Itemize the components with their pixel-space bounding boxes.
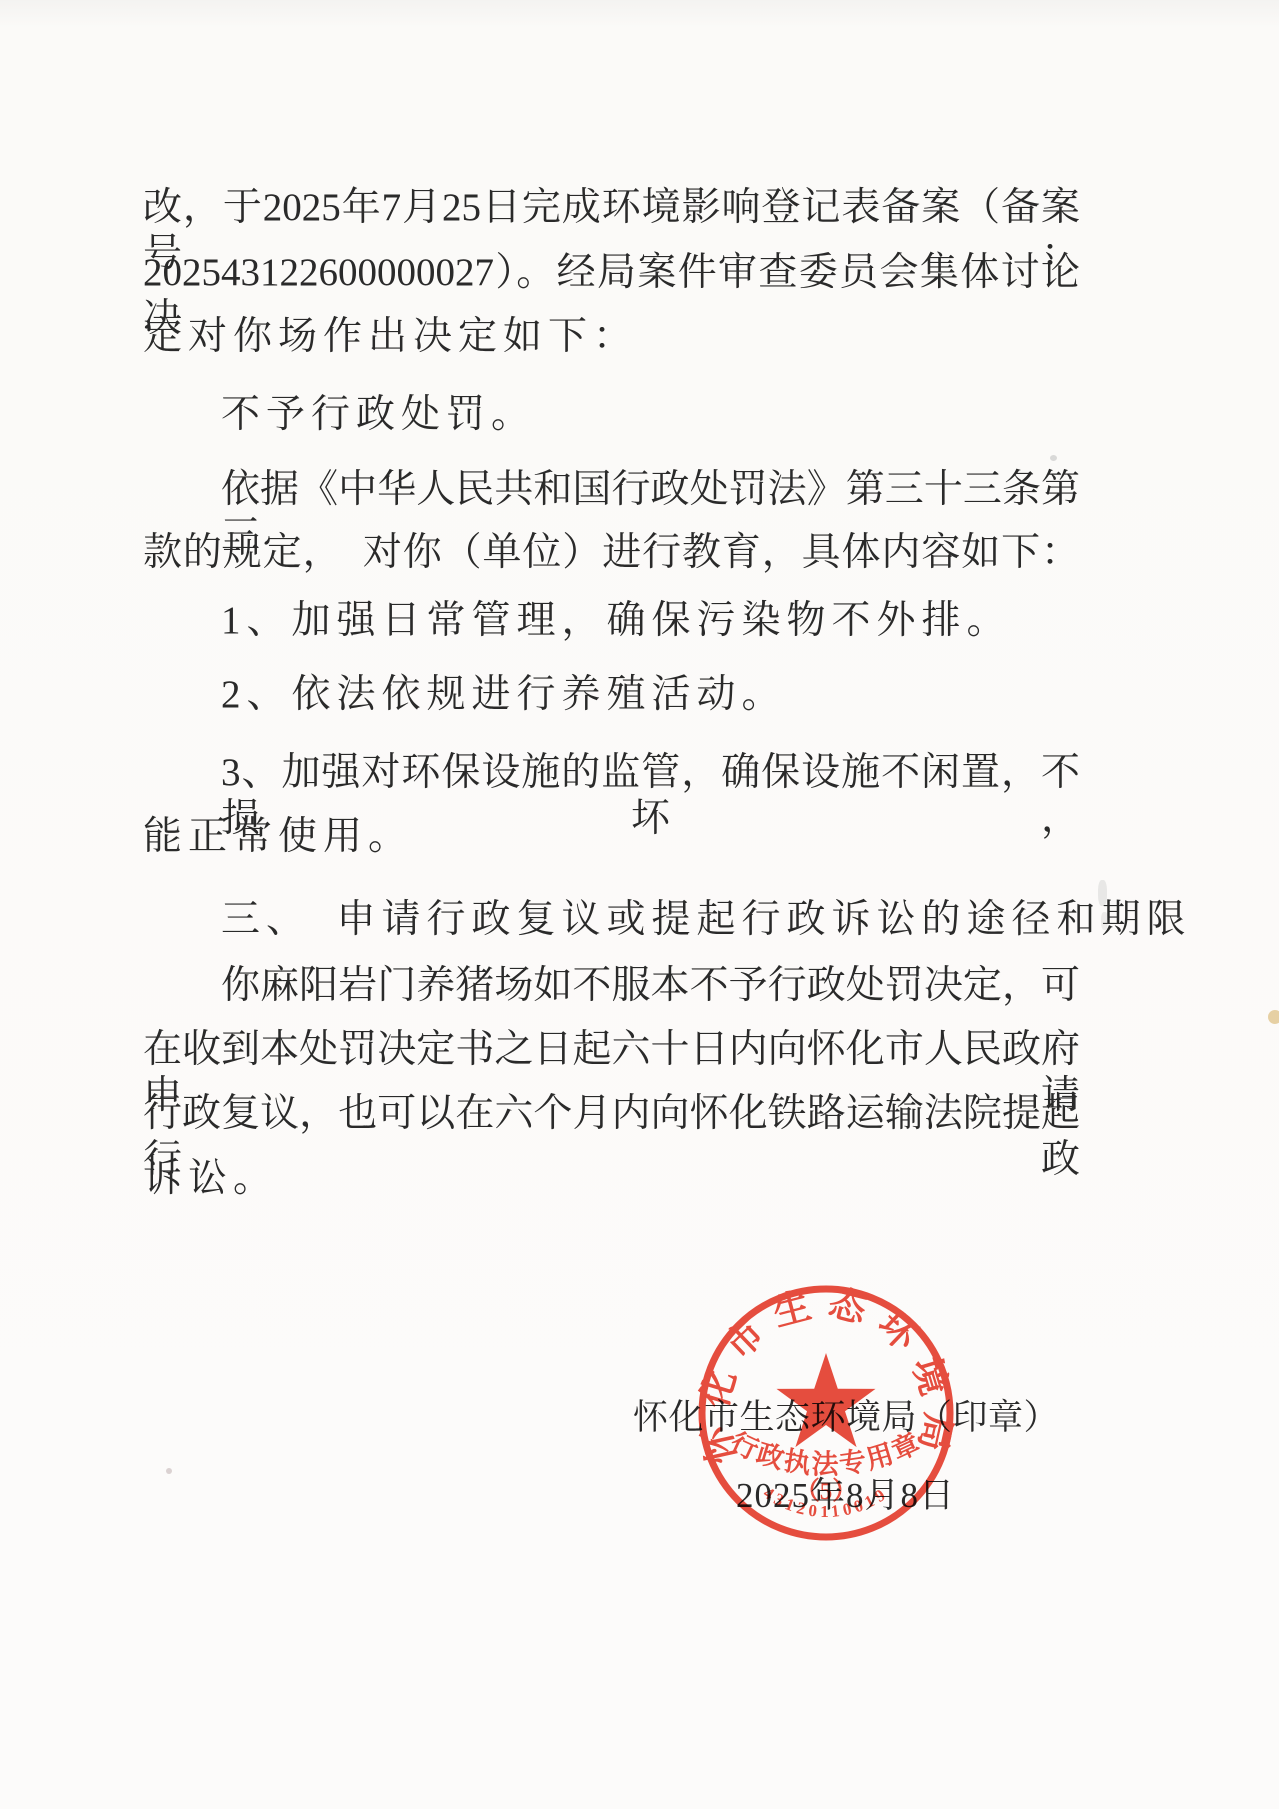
body-line: 你麻阳岩门养猪场如不服本不予行政处罚决定，可 [143, 963, 1080, 1009]
scan-artifact [1101, 912, 1108, 930]
seal-subtitle-text: 行政执法专用章 [726, 1426, 926, 1479]
body-line: 行政复议，也可以在六个月内向怀化铁路运输法院提起行政 [143, 1091, 1080, 1137]
body-line: 2、依法依规进行养殖活动。 [143, 672, 1080, 718]
body-line: 改，于2025年7月25日完成环境影响登记表备案（备案号： [143, 185, 1080, 231]
body-line: 1、加强日常管理，确保污染物不外排。 [143, 598, 1080, 644]
scan-artifact [166, 1468, 172, 1474]
body-line: 在收到本处罚决定书之日起六十日内向怀化市人民政府申请 [143, 1027, 1080, 1073]
body-line: 三、 申请行政复议或提起行政诉讼的途径和期限 [143, 897, 1080, 943]
seal-star-icon [777, 1353, 876, 1447]
body-line: 诉讼。 [143, 1156, 1080, 1202]
svg-text:行政执法专用章: 行政执法专用章 [726, 1426, 926, 1479]
scan-artifact [1098, 880, 1107, 906]
body-line: 依据《中华人民共和国行政处罚法》第三十三条第三 [143, 467, 1080, 513]
document-page: 改，于2025年7月25日完成环境影响登记表备案（备案号： 2025431226… [0, 0, 1279, 1809]
body-line: 能正常使用。 [143, 814, 1080, 860]
body-line: 3、加强对环保设施的监管，确保设施不闲置，不损坏， [143, 750, 1080, 796]
scan-artifact [1050, 455, 1057, 461]
body-line: 202543122600000027）。经局案件审查委员会集体讨论决 [143, 250, 1080, 296]
scan-artifact [1268, 1010, 1279, 1024]
body-line: 款的规定， 对你（单位）进行教育，具体内容如下： [143, 530, 1080, 576]
official-seal: 怀化市生态环境局 行政执法专用章 （5） 43120110019 [694, 1281, 958, 1545]
body-line: 不予行政处罚。 [143, 392, 1080, 438]
body-line: 定对你场作出决定如下： [143, 314, 1080, 360]
